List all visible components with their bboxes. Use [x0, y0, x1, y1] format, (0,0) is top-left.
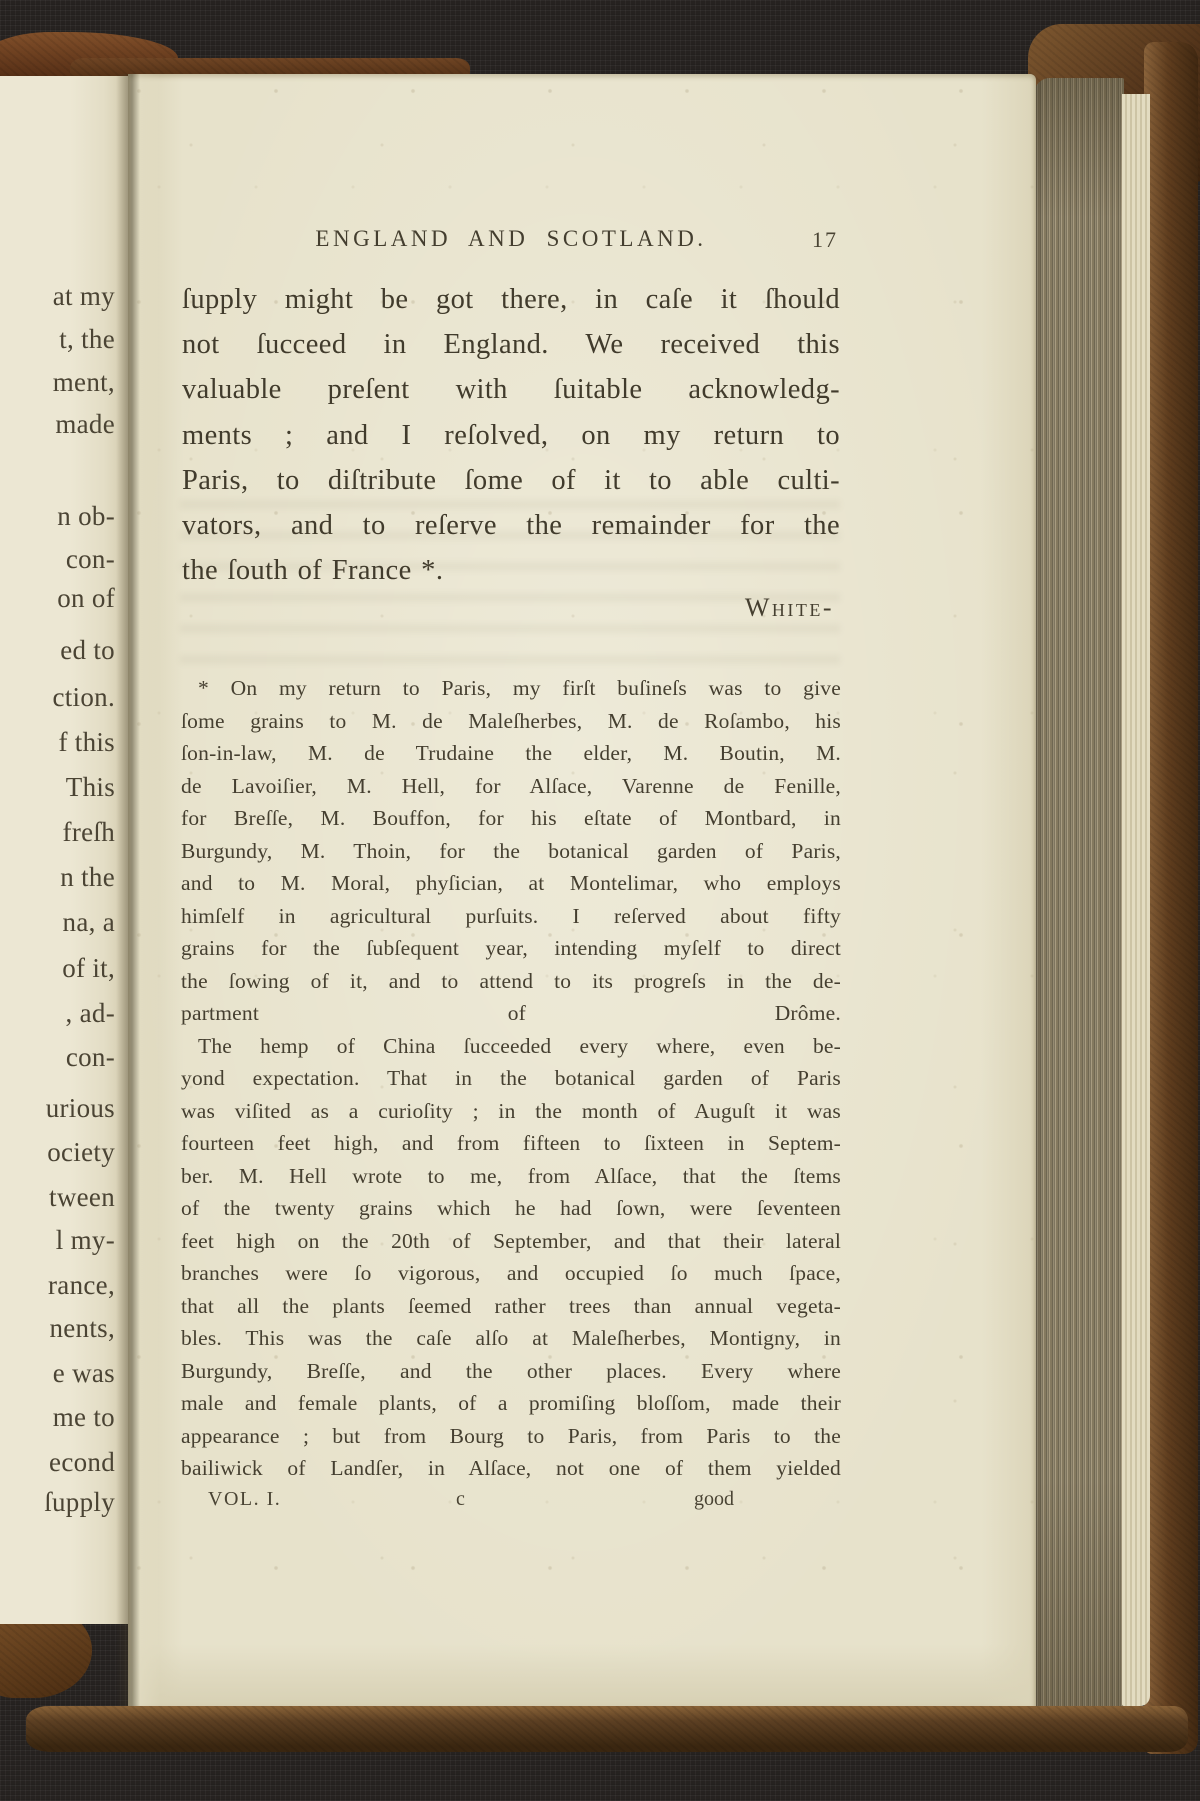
- footnote-line: was viſited as a curioſity ; in the mont…: [181, 1095, 841, 1128]
- footnote-line: that all the plants ſeemed rather trees …: [181, 1290, 841, 1323]
- footnote-line: branches were ſo vigorous, and occupied …: [181, 1257, 841, 1290]
- page-footer: VOL. I. c good: [182, 1484, 840, 1514]
- footnote-line: ſon-in-law, M. de Trudaine the elder, M.…: [181, 737, 841, 770]
- footnote-line: Burgundy, M. Thoin, for the botanical ga…: [181, 835, 841, 868]
- body-line: not ſucceed in England. We received this: [182, 322, 840, 367]
- footnote-line: Burgundy, Breſſe, and the other places. …: [181, 1355, 841, 1388]
- footnote-line: de Lavoiſier, M. Hell, for Alſace, Varen…: [181, 770, 841, 803]
- footnote-line: bles. This was the caſe alſo at Maleſher…: [181, 1322, 841, 1355]
- footnote-line: ber. M. Hell wrote to me, from Alſace, t…: [181, 1160, 841, 1193]
- body-text: ſupply might be got there, in caſe it ſh…: [182, 277, 840, 593]
- footnote-line: grains for the ſubſequent year, intendin…: [181, 932, 841, 965]
- footnote-line: himſelf in agricultural purſuits. I reſe…: [181, 900, 841, 933]
- catchword-white: White-: [182, 593, 834, 623]
- page-content: ENGLAND AND SCOTLAND. 17 ſupply might be…: [0, 0, 1200, 1801]
- footnote-line: bailiwick of Landſer, in Alſace, not one…: [181, 1452, 841, 1485]
- body-line: valuable preſent with ſuitable acknowled…: [182, 367, 840, 412]
- footnote-line: fourteen feet high, and from fifteen to …: [181, 1127, 841, 1160]
- footnote-text: * On my return to Paris, my firſt buſine…: [181, 672, 841, 1485]
- volume-label: VOL. I.: [208, 1484, 281, 1514]
- footnote-line: partment of Drôme.: [181, 997, 841, 1030]
- book-photograph: at myt, thement,maden ob-con-on ofed toc…: [0, 0, 1200, 1801]
- footnote-line: ſome grains to M. de Maleſherbes, M. de …: [181, 705, 841, 738]
- running-title: ENGLAND AND SCOTLAND.: [182, 226, 840, 252]
- footnote-line: and to M. Moral, phyſician, at Montelima…: [181, 867, 841, 900]
- footnote-line: for Breſſe, M. Bouffon, for his eſtate o…: [181, 802, 841, 835]
- signature-mark: c: [456, 1484, 465, 1514]
- footnote-line: the ſowing of it, and to attend to its p…: [181, 965, 841, 998]
- footnote-line: appearance ; but from Bourg to Paris, fr…: [181, 1420, 841, 1453]
- body-line: the ſouth of France *.: [182, 548, 840, 593]
- body-line: ſupply might be got there, in caſe it ſh…: [182, 277, 840, 322]
- running-head: ENGLAND AND SCOTLAND. 17: [182, 226, 840, 260]
- footnote-line: The hemp of China ſucceeded every where,…: [181, 1030, 841, 1063]
- footnote-line: feet high on the 20th of September, and …: [181, 1225, 841, 1258]
- body-line: ments ; and I reſolved, on my return to: [182, 413, 840, 458]
- body-line: Paris, to diſtribute ſome of it to able …: [182, 458, 840, 503]
- catchword-good: good: [694, 1484, 734, 1514]
- body-line: vators, and to reſerve the remainder for…: [182, 503, 840, 548]
- footnote-line: of the twenty grains which he had ſown, …: [181, 1192, 841, 1225]
- footnote-line: * On my return to Paris, my firſt buſine…: [181, 672, 841, 705]
- page-number: 17: [812, 227, 838, 253]
- footnote-line: yond expectation. That in the botanical …: [181, 1062, 841, 1095]
- footnote-line: male and female plants, of a promiſing b…: [181, 1387, 841, 1420]
